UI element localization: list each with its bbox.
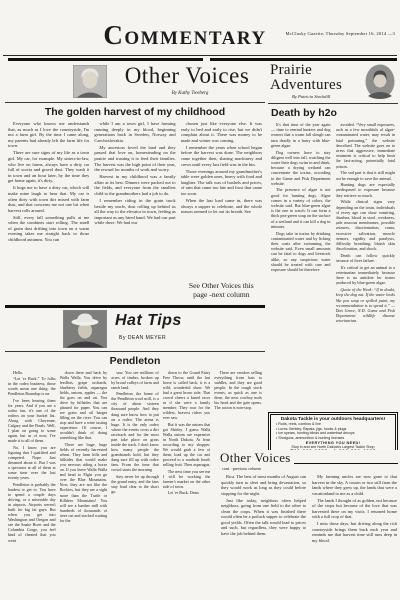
golden-harvest-body: Everyone who knows me understands that, … (5, 119, 265, 301)
header-rule (3, 55, 397, 56)
prairie-byline: By Patricia Stockdill (292, 94, 330, 99)
newspaper-page: Commentary McClusky Gazette, Thursday Se… (0, 0, 400, 600)
hat-tips-masthead: Hat Tips By DEAN MEYER (5, 308, 265, 350)
prairie-masthead: Prairie Adventures By Patricia Stockdill (268, 63, 398, 102)
rule (5, 102, 265, 103)
golden-col-3: chosen just like everyone else. It was e… (181, 121, 262, 301)
death-col-1: It's that time of the year again — time … (271, 122, 331, 407)
pendleton-col-4: down to the Grand Entry Free Throw, unti… (163, 370, 211, 572)
section-prairie-adventures: Prairie Adventures By Patricia Stockdill… (268, 63, 398, 461)
header-bar-left (8, 58, 203, 61)
jump-line: See Other Voices this page -next column (181, 282, 262, 301)
continued-col-1: Rica. The best of most months of August … (221, 474, 306, 570)
page-title: Commentary (60, 20, 310, 51)
continued-title: Other Voices (220, 450, 291, 466)
continued-body: Rica. The best of most months of August … (220, 473, 398, 570)
hat-tips-byline: By DEAN MEYER (119, 335, 166, 341)
rule (268, 103, 398, 104)
rule (5, 351, 265, 352)
continued-header: Other Voices (220, 450, 398, 466)
death-body: It's that time of the year again — time … (268, 120, 398, 407)
pendleton-col-5: There are vendors selling everything fro… (214, 370, 262, 450)
columnist-photo-kathy (73, 65, 107, 98)
golden-col-2: while I am a town girl, I have farming r… (94, 121, 175, 301)
death-headline: Death by h2o (268, 105, 398, 120)
other-voices-title: Other Voices (111, 63, 263, 89)
prairie-title: Prairie Adventures (270, 63, 342, 94)
pendleton-col-1: Hello.“Let 'er Buck.” To folks in the ro… (8, 370, 56, 572)
section-other-voices-continued: Other Voices cont. -previous column Rica… (220, 450, 398, 570)
columnist-photo-dean (63, 310, 107, 348)
continued-note: cont. -previous column (222, 466, 398, 471)
header-bar-right (210, 58, 397, 61)
golden-harvest-headline: The golden harvest of my childhood (5, 104, 265, 119)
continued-col-2: My farming uncles are now gone to that h… (312, 474, 397, 570)
pendleton-col-3: saw. You see millions of acres of timber… (111, 370, 159, 572)
columnist-photo-patricia (365, 64, 395, 99)
other-voices-masthead: Other Voices By Kathy Tweberg (5, 63, 265, 101)
pendleton-col-2: down there and back by Walla Walla. You … (60, 370, 108, 572)
golden-col-1: Everyone who knows me understands that, … (8, 121, 89, 301)
continued-rule (294, 463, 398, 464)
hat-tips-title: Hat Tips (115, 312, 182, 330)
death-col-2: avoided. “Very small exposures, such as … (336, 122, 396, 407)
other-voices-byline: By Kathy Tweberg (135, 91, 245, 96)
ad-visit-line: Stop in and see North Dakota's Largest T… (273, 445, 393, 449)
masthead-dateline: McClusky Gazette, Thursday September 16,… (285, 31, 395, 36)
golden-col-3-text: chosen just like everyone else. It was e… (181, 121, 262, 216)
ad-bullet-list: • Rods, reels, combos & line• Lures: Ber… (273, 422, 393, 441)
pendleton-headline: Pendleton (5, 353, 265, 368)
